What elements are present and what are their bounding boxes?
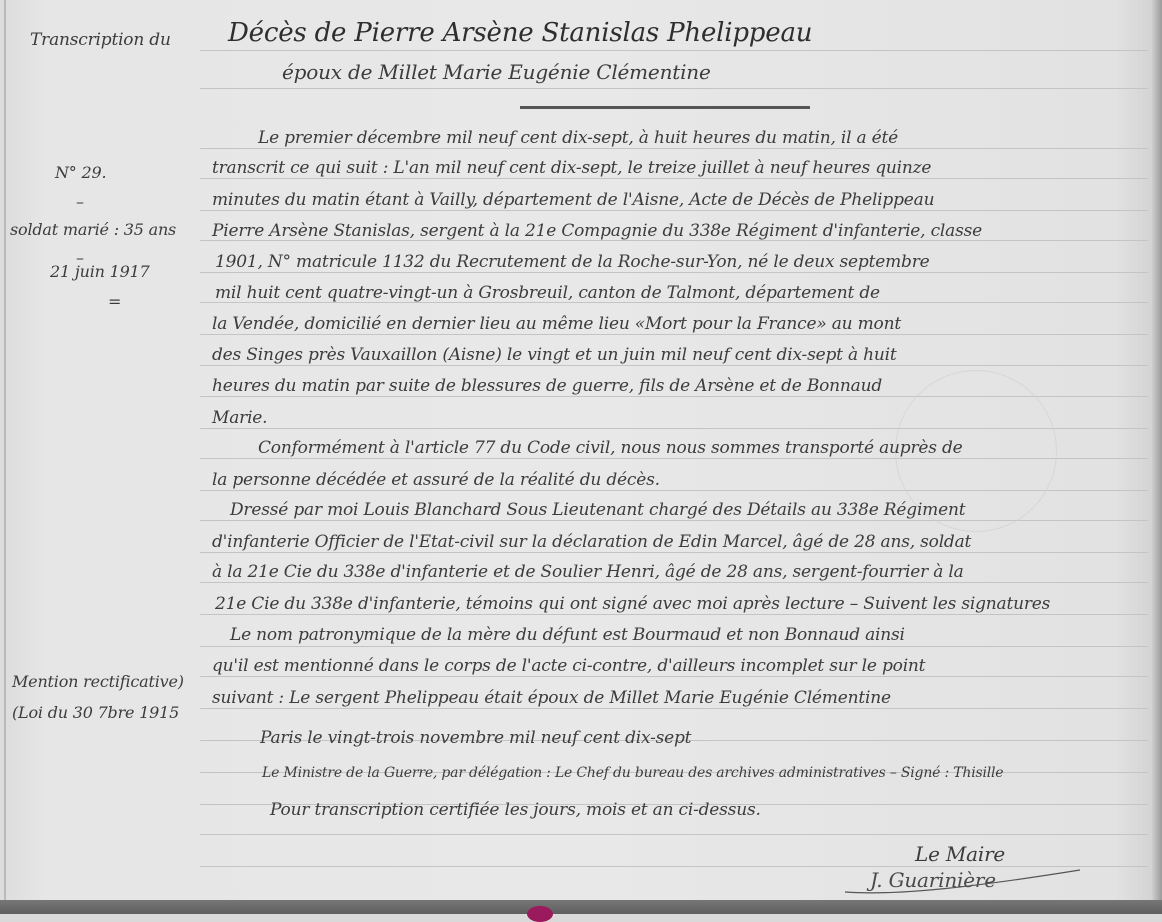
body-text-line: transcrit ce qui suit : L'an mil neuf ce… bbox=[212, 158, 931, 178]
margin-equals: = bbox=[108, 292, 121, 311]
body-text-line: la Vendée, domicilié en dernier lieu au … bbox=[212, 314, 901, 334]
header-prefix: Transcription du bbox=[30, 30, 171, 50]
margin-mention-rectificative: Mention rectificative) bbox=[12, 672, 184, 691]
body-text-line: Pour transcription certifiée les jours, … bbox=[270, 800, 761, 820]
ruled-line bbox=[200, 50, 1148, 51]
body-text-line: suivant : Le sergent Phelippeau était ép… bbox=[212, 688, 891, 708]
ruled-line bbox=[200, 148, 1148, 149]
header-title: Décès de Pierre Arsène Stanislas Phelipp… bbox=[228, 18, 812, 48]
body-text-line: heures du matin par suite de blessures d… bbox=[212, 376, 882, 396]
margin-dash: – bbox=[76, 192, 84, 211]
title-underline bbox=[520, 106, 810, 109]
document-page: Transcription du Décès de Pierre Arsène … bbox=[0, 0, 1162, 900]
page-left-edge bbox=[4, 0, 6, 900]
signature-flourish-icon bbox=[840, 866, 1090, 896]
margin-death-date: 21 juin 1917 bbox=[50, 262, 150, 281]
ruled-line bbox=[200, 614, 1148, 615]
body-text-line: la personne décédée et assuré de la réal… bbox=[212, 470, 660, 490]
page-right-edge bbox=[1152, 0, 1162, 900]
body-text-line: des Singes près Vauxaillon (Aisne) le vi… bbox=[212, 345, 897, 365]
margin-law-reference: (Loi du 30 7bre 1915 bbox=[12, 703, 179, 722]
body-text-line: 21e Cie du 338e d'infanterie, témoins qu… bbox=[215, 594, 1050, 614]
body-text-line: Le Ministre de la Guerre, par délégation… bbox=[262, 765, 1003, 781]
body-text-line: qu'il est mentionné dans le corps de l'a… bbox=[212, 656, 925, 676]
body-text-line: mil huit cent quatre-vingt-un à Grosbreu… bbox=[215, 283, 880, 303]
margin-act-number: N° 29. bbox=[55, 163, 106, 182]
ruled-line bbox=[200, 834, 1148, 835]
margin-status: soldat marié : 35 ans bbox=[10, 220, 176, 239]
ruled-line bbox=[200, 646, 1148, 647]
signature-title: Le Maire bbox=[915, 842, 1005, 866]
body-text-line: Conformément à l'article 77 du Code civi… bbox=[258, 438, 963, 458]
body-text-line: Paris le vingt-trois novembre mil neuf c… bbox=[260, 728, 691, 748]
ruled-line bbox=[200, 178, 1148, 179]
body-text-line: minutes du matin étant à Vailly, départe… bbox=[212, 190, 934, 210]
scan-bottom-edge bbox=[0, 900, 1162, 914]
body-text-line: Pierre Arsène Stanislas, sergent à la 21… bbox=[212, 221, 982, 241]
ruled-line bbox=[200, 708, 1148, 709]
body-text-line: d'infanterie Officier de l'Etat-civil su… bbox=[212, 532, 971, 552]
body-text-line: Dressé par moi Louis Blanchard Sous Lieu… bbox=[230, 500, 965, 520]
ruled-line bbox=[200, 676, 1148, 677]
body-text-line: à la 21e Cie du 338e d'infanterie et de … bbox=[212, 562, 964, 582]
header-subtitle: époux de Millet Marie Eugénie Clémentine bbox=[282, 60, 711, 84]
ruled-line bbox=[200, 88, 1148, 89]
ruled-line bbox=[200, 582, 1148, 583]
ruled-line bbox=[200, 272, 1148, 273]
body-text-line: Le premier décembre mil neuf cent dix-se… bbox=[258, 128, 898, 148]
ruled-line bbox=[200, 365, 1148, 366]
ruled-line bbox=[200, 334, 1148, 335]
ruled-line bbox=[200, 552, 1148, 553]
body-text-line: Le nom patronymique de la mère du défunt… bbox=[230, 625, 905, 645]
ruled-line bbox=[200, 210, 1148, 211]
body-text-line: 1901, N° matricule 1132 du Recrutement d… bbox=[215, 252, 929, 272]
body-text-line: Marie. bbox=[212, 408, 267, 428]
